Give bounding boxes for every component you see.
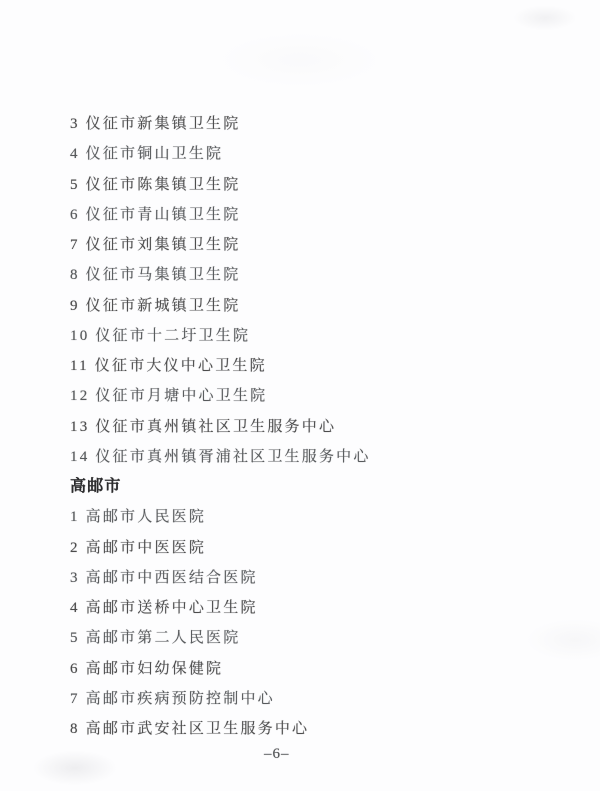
list-item: 5 仪征市陈集镇卫生院 — [70, 170, 371, 200]
list-item: 14 仪征市真州镇胥浦社区卫生服务中心 — [70, 442, 371, 472]
list-item: 2 高邮市中医医院 — [70, 533, 371, 563]
list-item: 9 仪征市新城镇卫生院 — [70, 291, 371, 321]
list-item: 6 仪征市青山镇卫生院 — [70, 200, 371, 230]
list-item: 7 高邮市疾病预防控制中心 — [70, 684, 371, 714]
list-item: 11 仪征市大仪中心卫生院 — [70, 351, 371, 381]
list-item: 5 高邮市第二人民医院 — [70, 623, 371, 653]
list-item: 4 高邮市送桥中心卫生院 — [70, 593, 371, 623]
page-number: –6– — [264, 746, 290, 763]
institution-list: 3 仪征市新集镇卫生院 4 仪征市铜山卫生院 5 仪征市陈集镇卫生院 6 仪征市… — [70, 109, 371, 744]
list-item: 8 高邮市武安社区卫生服务中心 — [70, 714, 371, 744]
document-page: 3 仪征市新集镇卫生院 4 仪征市铜山卫生院 5 仪征市陈集镇卫生院 6 仪征市… — [0, 0, 600, 791]
list-item: 3 高邮市中西医结合医院 — [70, 563, 371, 593]
list-item: 3 仪征市新集镇卫生院 — [70, 109, 371, 139]
list-item: 12 仪征市月塘中心卫生院 — [70, 381, 371, 411]
list-item: 7 仪征市刘集镇卫生院 — [70, 230, 371, 260]
section-header-gaoyou: 高邮市 — [70, 472, 371, 502]
list-item: 1 高邮市人民医院 — [70, 502, 371, 532]
list-item: 8 仪征市马集镇卫生院 — [70, 260, 371, 290]
list-item: 6 高邮市妇幼保健院 — [70, 654, 371, 684]
list-item: 4 仪征市铜山卫生院 — [70, 139, 371, 169]
list-item: 10 仪征市十二圩卫生院 — [70, 321, 371, 351]
list-item: 13 仪征市真州镇社区卫生服务中心 — [70, 412, 371, 442]
